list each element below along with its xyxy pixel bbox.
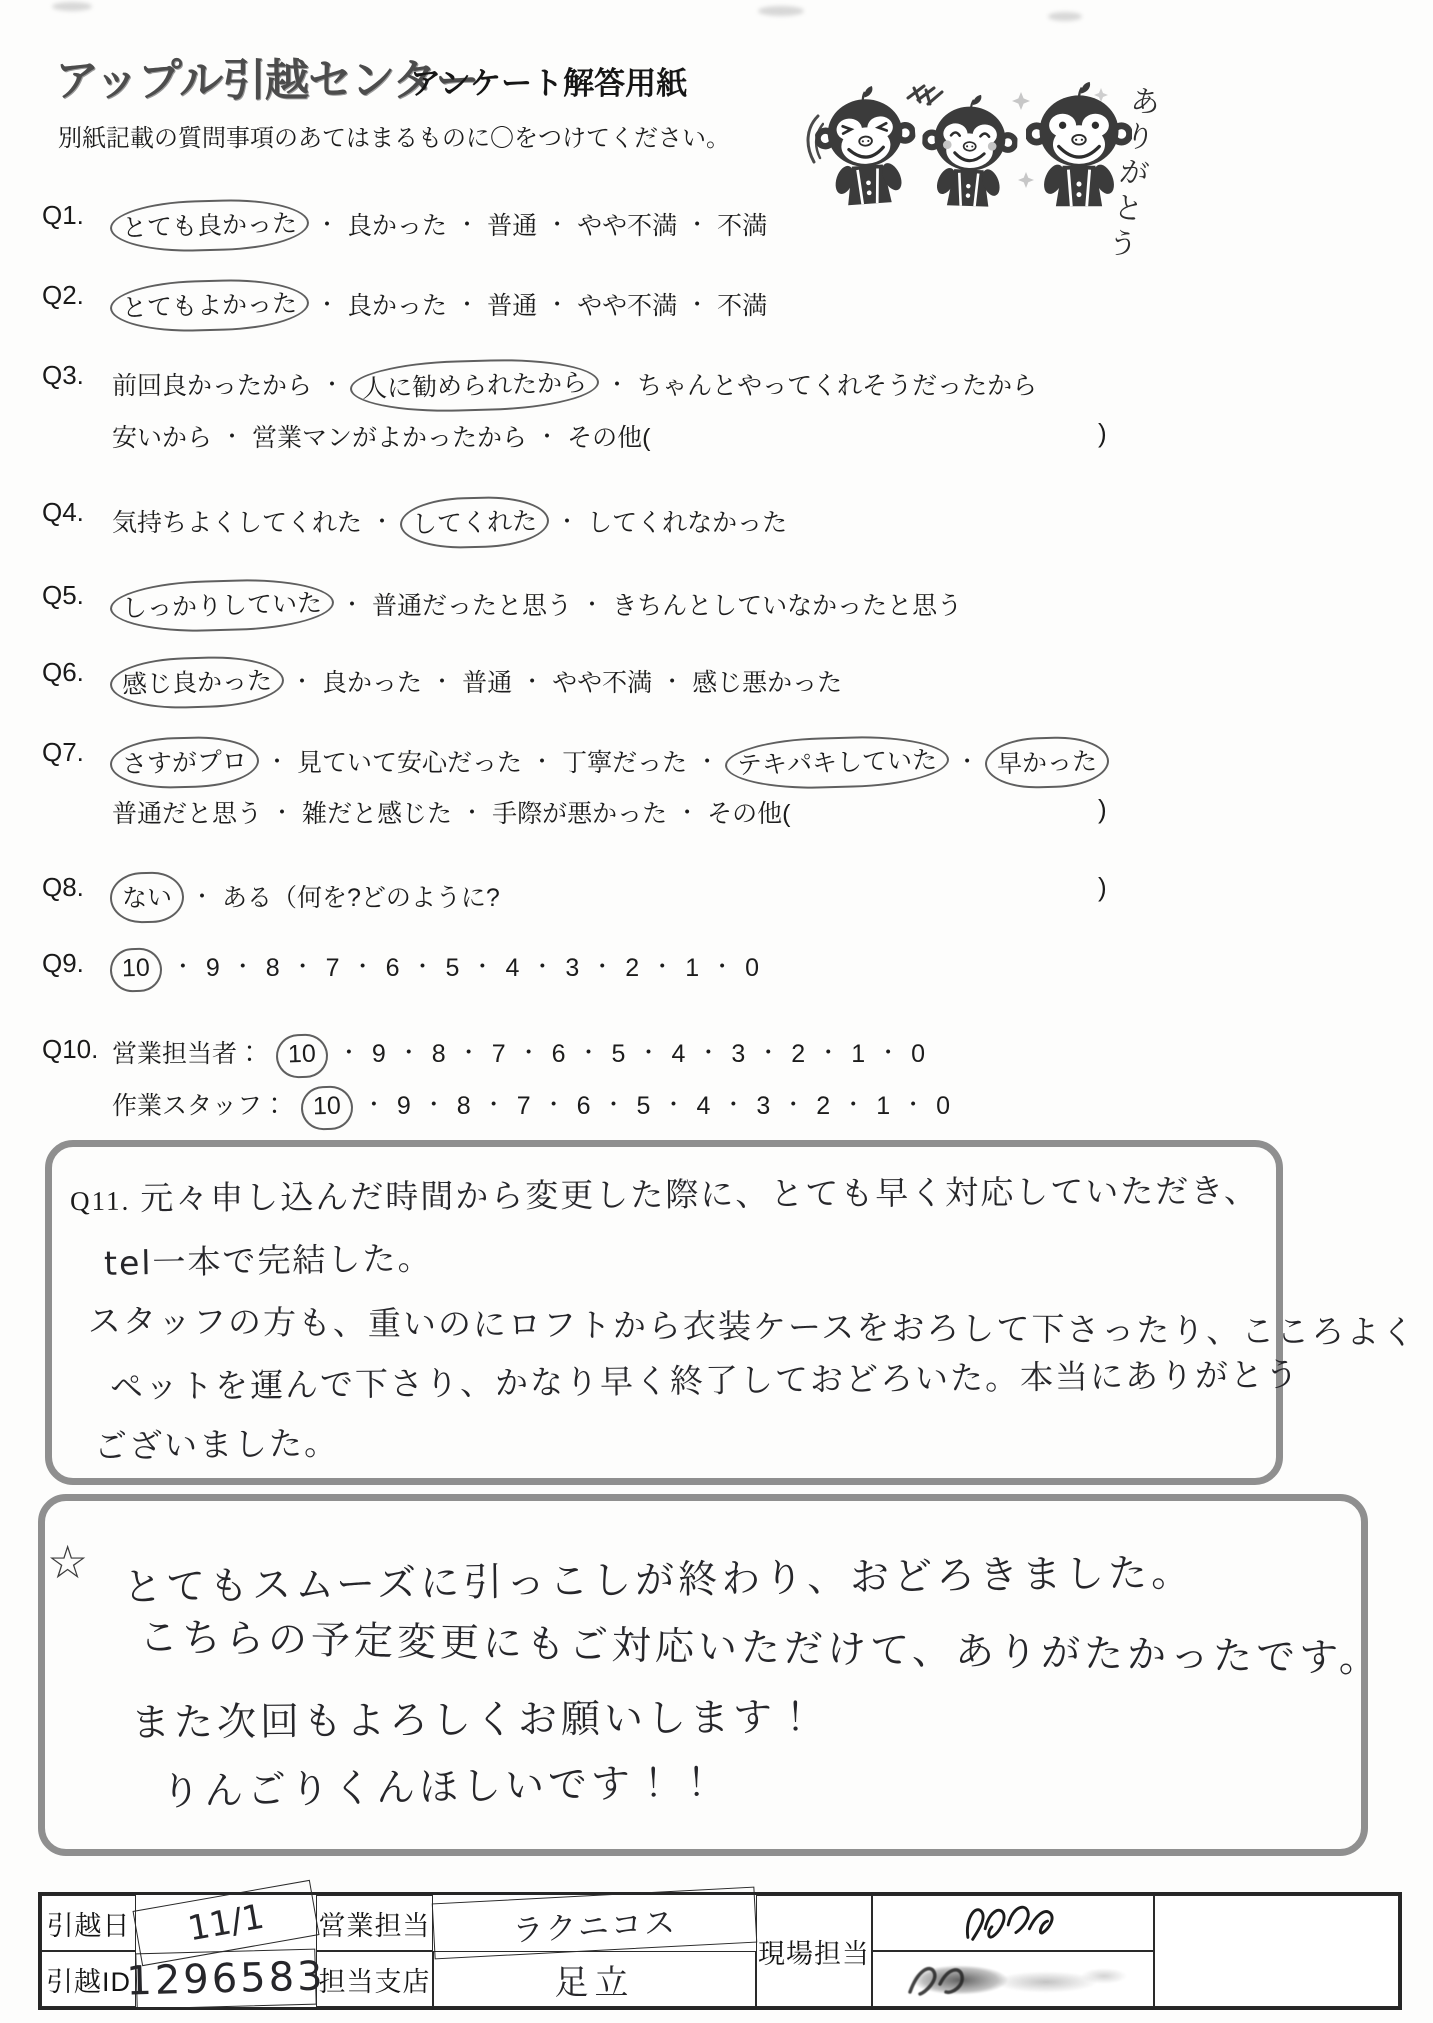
- question-options: 普通だと思う・雑だと感じた・手際が悪かった・その他(): [112, 794, 790, 830]
- option-prefix: 作業スタッフ：: [112, 1086, 287, 1122]
- option: 不満: [717, 206, 767, 242]
- option-separator: ・: [842, 1088, 864, 1119]
- option-separator: ・: [676, 796, 698, 827]
- option-separator: ・: [221, 420, 243, 451]
- question-options: 10・9・8・7・6・5・4・3・2・1・0: [112, 948, 759, 992]
- option: 1: [851, 1040, 865, 1069]
- question-number: Q1.: [42, 200, 84, 231]
- footer-info-table: 引越日 11/1 営業担当 ラクニコス 現場担当 引越ID 1296583 担当…: [38, 1892, 1402, 2010]
- option-separator: ・: [877, 1036, 899, 1067]
- option-separator: ・: [352, 950, 374, 981]
- option-separator: ・: [697, 1036, 719, 1067]
- option-separator: ・: [316, 288, 338, 319]
- question-q10: Q10. 営業担当者：10・9・8・7・6・5・4・3・2・1・0: [0, 1034, 1433, 1076]
- option: してくれなかった: [587, 503, 787, 539]
- option: やや不満: [552, 663, 652, 699]
- option: 普通: [462, 663, 512, 699]
- scan-artifact: [1048, 12, 1082, 21]
- option-circled: しっかりしていた: [109, 577, 334, 634]
- site-staff-signature-smudge: [898, 1956, 1128, 2002]
- option-separator: ・: [266, 745, 288, 776]
- handwritten-comment-line: 元々申し込んだ時間から変更した際に、とても早く対応していただき、: [140, 1171, 1259, 1218]
- move-id-label: 引越ID: [41, 1951, 136, 2007]
- option-separator: ・: [662, 1088, 684, 1119]
- option-separator: ・: [556, 505, 578, 536]
- question-q10-line2: 作業スタッフ：10・9・8・7・6・5・4・3・2・1・0: [0, 1086, 1433, 1128]
- close-paren: ): [1098, 872, 1107, 903]
- branch-label: 担当支店: [316, 1951, 433, 2007]
- option-separator: ・: [757, 1036, 779, 1067]
- option: 7: [326, 954, 340, 983]
- option: 3: [756, 1092, 770, 1121]
- option: 0: [745, 954, 759, 983]
- option-separator: ・: [591, 950, 613, 981]
- option: 9: [372, 1040, 386, 1069]
- option: 4: [671, 1040, 685, 1069]
- option-separator: ・: [521, 665, 543, 696]
- option: 不満: [717, 286, 767, 322]
- option-separator: ・: [271, 796, 293, 827]
- handwritten-comment-line: とてもスムーズに引っこしが終わり、おどろきました。: [123, 1542, 1195, 1613]
- option-separator: ・: [722, 1088, 744, 1119]
- question-options: とてもよかった・良かった・普通・やや不満・不満: [112, 280, 767, 331]
- option-separator: ・: [461, 796, 483, 827]
- option-separator: ・: [431, 665, 453, 696]
- site-staff-signature-scribble: [953, 1899, 1073, 1947]
- option-circled: 10: [275, 1033, 328, 1078]
- option: ちゃんとやってくれそうだったから: [637, 366, 1037, 402]
- option: 5: [637, 1092, 651, 1121]
- question-number: Q9.: [42, 948, 84, 979]
- free-comment-box: ☆ とてもスムーズに引っこしが終わり、おどろきました。 こちらの予定変更にもご対…: [38, 1494, 1368, 1856]
- scan-artifact: [758, 6, 804, 16]
- question-options: 気持ちよくしてくれた・してくれた・してくれなかった: [112, 497, 787, 548]
- question-options: 前回良かったから・人に勧められたから・ちゃんとやってくれそうだったから: [112, 360, 1037, 411]
- option: 6: [577, 1092, 591, 1121]
- option-separator: ・: [471, 950, 493, 981]
- option-separator: ・: [456, 288, 478, 319]
- option: その他(: [567, 418, 650, 454]
- star-mark: ☆: [47, 1535, 88, 1589]
- option: 9: [206, 954, 220, 983]
- handwritten-comment-line: ございました。: [94, 1417, 340, 1467]
- close-paren: ): [1098, 418, 1107, 449]
- option: 普通: [487, 206, 537, 242]
- option: 9: [397, 1092, 411, 1121]
- option: 8: [457, 1092, 471, 1121]
- question-options: ない・ある（何を?どのように?): [112, 872, 500, 923]
- handwritten-comment-line: こちらの予定変更にもご対応いただけて、ありがたかったです。: [139, 1606, 1383, 1684]
- question-number: Q10.: [42, 1034, 98, 1065]
- option-separator: ・: [543, 1088, 565, 1119]
- question-q7-line2: 普通だと思う・雑だと感じた・手際が悪かった・その他(): [0, 794, 1433, 836]
- option-separator: ・: [191, 880, 213, 911]
- question-options: 営業担当者：10・9・8・7・6・5・4・3・2・1・0: [112, 1034, 925, 1078]
- option: 2: [791, 1040, 805, 1069]
- option: 7: [517, 1092, 531, 1121]
- option-separator: ・: [412, 950, 434, 981]
- option-separator: ・: [341, 588, 363, 619]
- option: 3: [731, 1040, 745, 1069]
- option-separator: ・: [291, 665, 313, 696]
- option: 1: [876, 1092, 890, 1121]
- q11-comment-box: Q11.元々申し込んだ時間から変更した際に、とても早く対応していただき、 tel…: [45, 1140, 1283, 1485]
- option-separator: ・: [531, 950, 553, 981]
- question-q3: Q3. 前回良かったから・人に勧められたから・ちゃんとやってくれそうだったから: [0, 360, 1433, 402]
- monkey-mascot-icon: [920, 88, 1019, 215]
- option: 良かった: [347, 286, 447, 322]
- option: 8: [432, 1040, 446, 1069]
- question-options: さすがプロ・見ていて安心だった・丁寧だった・テキパキしていた・早かった: [112, 737, 1107, 788]
- option: やや不満: [577, 286, 677, 322]
- question-q9: Q9. 10・9・8・7・6・5・4・3・2・1・0: [0, 948, 1433, 990]
- question-number: Q8.: [42, 872, 84, 903]
- scan-artifact: [52, 2, 92, 11]
- option: 1: [685, 954, 699, 983]
- option-separator: ・: [172, 950, 194, 981]
- option-separator: ・: [546, 288, 568, 319]
- option-separator: ・: [956, 745, 978, 776]
- option-separator: ・: [456, 208, 478, 239]
- option: 7: [492, 1040, 506, 1069]
- question-options: 安いから・営業マンがよかったから・その他(): [112, 418, 650, 454]
- option: 4: [696, 1092, 710, 1121]
- option: 営業マンがよかったから: [252, 418, 527, 454]
- question-q8: Q8. ない・ある（何を?どのように?): [0, 872, 1433, 914]
- question-number: Q2.: [42, 280, 84, 311]
- option-circled: テキパキしていた: [724, 734, 949, 791]
- option-circled: さすがプロ: [109, 735, 259, 790]
- handwritten-comment-line: ペットを運んで下さり、かなり早く終了しておどろいた。本当にありがとう: [110, 1349, 1300, 1408]
- site-staff-signature-cell: [872, 1895, 1154, 1951]
- option-separator: ・: [398, 1036, 420, 1067]
- question-q1: Q1. とても良かった・良かった・普通・やや不満・不満: [0, 200, 1433, 242]
- question-number: Q5.: [42, 580, 84, 611]
- site-staff-label: 現場担当: [756, 1895, 872, 2007]
- handwritten-comment-line: tel一本で完結した。: [104, 1232, 433, 1285]
- option: 良かった: [347, 206, 447, 242]
- option: その他(: [707, 794, 790, 830]
- option: きちんとしていなかったと思う: [612, 586, 962, 622]
- option: 5: [612, 1040, 626, 1069]
- option-separator: ・: [363, 1088, 385, 1119]
- option-separator: ・: [458, 1036, 480, 1067]
- question-number: Q3.: [42, 360, 84, 391]
- option-separator: ・: [686, 288, 708, 319]
- option: 普通だと思う: [112, 794, 262, 830]
- question-options: とても良かった・良かった・普通・やや不満・不満: [112, 200, 767, 251]
- site-staff-signature-cell-2: [872, 1951, 1154, 2007]
- option-separator: ・: [711, 950, 733, 981]
- option: 手際が悪かった: [492, 794, 667, 830]
- option-separator: ・: [637, 1036, 659, 1067]
- option: 見ていて安心だった: [297, 743, 522, 779]
- option: 前回良かったから: [112, 366, 312, 402]
- option: 安いから: [112, 418, 212, 454]
- form-title: アンケート解答用紙: [410, 58, 687, 103]
- option: 良かった: [322, 663, 422, 699]
- option-separator: ・: [696, 745, 718, 776]
- option-separator: ・: [371, 505, 393, 536]
- branch-value: 足立: [433, 1951, 756, 2007]
- instruction-text: 別紙記載の質問事項のあてはまるものに〇をつけてください。: [58, 118, 730, 153]
- option-separator: ・: [518, 1036, 540, 1067]
- question-q5: Q5. しっかりしていた・普通だったと思う・きちんとしていなかったと思う: [0, 580, 1433, 622]
- option: 3: [565, 954, 579, 983]
- option-separator: ・: [686, 208, 708, 239]
- option: ある（何を?どのように?: [222, 878, 500, 914]
- option-circled: 10: [109, 947, 162, 992]
- option-separator: ・: [782, 1088, 804, 1119]
- option: 0: [911, 1040, 925, 1069]
- option-prefix: 営業担当者：: [112, 1034, 262, 1070]
- question-q7: Q7. さすがプロ・見ていて安心だった・丁寧だった・テキパキしていた・早かった: [0, 737, 1433, 779]
- option-separator: ・: [423, 1088, 445, 1119]
- option-circled: 早かった: [984, 735, 1109, 789]
- option-circled: してくれた: [399, 495, 549, 550]
- option: 2: [625, 954, 639, 983]
- option-circled: 人に勧められたから: [349, 357, 599, 415]
- option: やや不満: [577, 206, 677, 242]
- sales-staff-value: ラクニコス: [432, 1887, 757, 1960]
- option: 8: [266, 954, 280, 983]
- question-number: Q6.: [42, 657, 84, 688]
- handwritten-comment-line: スタッフの方も、重いのにロフトから衣装ケースをおろして下さったり、こころよく: [88, 1295, 1417, 1354]
- option-separator: ・: [531, 745, 553, 776]
- handwritten-comment-line: また次回もよろしくお願いします！: [131, 1686, 819, 1748]
- option: 気持ちよくしてくれた: [112, 503, 362, 539]
- option-separator: ・: [338, 1036, 360, 1067]
- question-number: Q7.: [42, 737, 84, 768]
- option: 普通だったと思う: [372, 586, 572, 622]
- option-circled: とても良かった: [109, 197, 309, 254]
- option-circled: 10: [300, 1085, 353, 1130]
- question-q2: Q2. とてもよかった・良かった・普通・やや不満・不満: [0, 280, 1433, 322]
- question-number: Q4.: [42, 497, 84, 528]
- option-separator: ・: [651, 950, 673, 981]
- option-separator: ・: [606, 368, 628, 399]
- option-separator: ・: [321, 368, 343, 399]
- option-separator: ・: [603, 1088, 625, 1119]
- question-options: 作業スタッフ：10・9・8・7・6・5・4・3・2・1・0: [112, 1086, 950, 1130]
- close-paren: ): [1098, 794, 1107, 825]
- option: 6: [552, 1040, 566, 1069]
- option: 0: [936, 1092, 950, 1121]
- option-separator: ・: [581, 588, 603, 619]
- option: 感じ悪かった: [692, 663, 842, 699]
- option-separator: ・: [902, 1088, 924, 1119]
- option-separator: ・: [578, 1036, 600, 1067]
- option: 丁寧だった: [562, 743, 687, 779]
- empty-cell: [1154, 1895, 1399, 2007]
- option-circled: ない: [109, 871, 184, 924]
- option-separator: ・: [316, 208, 338, 239]
- option-separator: ・: [536, 420, 558, 451]
- option-separator: ・: [232, 950, 254, 981]
- option: 5: [446, 954, 460, 983]
- sales-staff-label: 営業担当: [316, 1895, 433, 1951]
- signature-under-smudge: [904, 1958, 1014, 2000]
- option-separator: ・: [292, 950, 314, 981]
- option: 6: [386, 954, 400, 983]
- option: 4: [505, 954, 519, 983]
- option: 2: [816, 1092, 830, 1121]
- option-separator: ・: [661, 665, 683, 696]
- option: 普通: [487, 286, 537, 322]
- move-id-value: 1296583: [135, 1949, 316, 2010]
- question-options: 感じ良かった・良かった・普通・やや不満・感じ悪かった: [112, 657, 842, 708]
- option-circled: とてもよかった: [109, 277, 309, 334]
- question-q6: Q6. 感じ良かった・良かった・普通・やや不満・感じ悪かった: [0, 657, 1433, 699]
- question-number: Q11.: [70, 1186, 130, 1216]
- question-options: しっかりしていた・普通だったと思う・きちんとしていなかったと思う: [112, 580, 962, 631]
- option: 雑だと感じた: [302, 794, 452, 830]
- handwritten-comment-line: りんごりくんほしいです！！: [161, 1751, 721, 1817]
- option-separator: ・: [546, 208, 568, 239]
- move-date-label: 引越日: [41, 1895, 136, 1951]
- question-q3-line2: 安いから・営業マンがよかったから・その他(): [0, 418, 1433, 460]
- option-circled: 感じ良かった: [109, 655, 284, 711]
- question-q4: Q4. 気持ちよくしてくれた・してくれた・してくれなかった: [0, 497, 1433, 539]
- option-separator: ・: [483, 1088, 505, 1119]
- survey-sheet-scan: アップル引越センター アンケート解答用紙 別紙記載の質問事項のあてはまるものに〇…: [0, 0, 1433, 2023]
- option-separator: ・: [817, 1036, 839, 1067]
